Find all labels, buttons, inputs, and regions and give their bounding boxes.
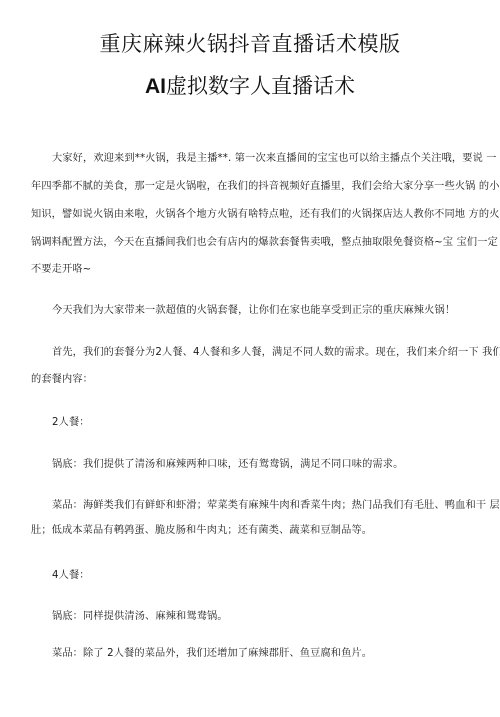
paragraph-line: 锅底：我们提供了清汤和麻辣两种口味，还有鸳鸯锅，满足不同口味的需求。 [52,455,492,470]
paragraph-line: 知识，譬如说火锅由来啦，火锅各个地方火锅有啥特点啦，还有我们的火锅探店达人教你不… [31,205,471,220]
paragraph-line: 不要走开咯~ [31,260,471,275]
section-heading-2-person: 2人餐： [52,413,492,428]
document-subtitle: AI虚拟数字人直播话术 [0,70,500,100]
paragraph-line: 今天我们为大家带来一款超值的火锅套餐，让你们在家也能享受到正宗的重庆麻辣火锅！ [52,301,492,316]
paragraph-line: 年四季都不腻的美食，那一定是火锅啦，在我们的抖音视频好直播里，我们会给大家分享一… [31,177,471,192]
document-title: 重庆麻辣火锅抖音直播话术模版 [0,28,500,58]
paragraph-line: 首先，我们的套餐分为2人餐、4人餐和多人餐，满足不同人数的需求。现在，我们来介绍… [52,343,492,358]
subtitle-ai: AI [145,75,166,98]
paragraph-line: 菜品：海鲜类我们有鲜虾和虾滑；荤菜类有麻辣牛肉和香菜牛肉；热门品我们有毛肚、鸭血… [52,496,492,511]
paragraph-line: 锅底：同样提供清汤、麻辣和鸳鸯锅。 [52,607,492,622]
paragraph-line: 的套餐内容： [31,370,471,385]
paragraph-line: 大家好，欢迎来到**火锅，我是主播**. 第一次来直播间的宝宝也可以给主播点个关… [52,149,492,164]
paragraph-line: 肚；低成本菜品有鹌鹑蛋、脆皮肠和牛肉丸；还有菌类、蔬菜和豆制品等。 [31,521,471,536]
subtitle-text: 虚拟数字人直播话术 [166,74,355,98]
paragraph-line: 锅调料配置方法，今天在直播间我们也会有店内的爆款套餐售卖哦，整点抽取限免餐资格~… [31,233,471,248]
section-heading-4-person: 4人餐： [52,566,492,581]
paragraph-line: 菜品：除了 2人餐的菜品外，我们还增加了麻辣郡肝、鱼豆腐和鱼片。 [52,644,492,659]
